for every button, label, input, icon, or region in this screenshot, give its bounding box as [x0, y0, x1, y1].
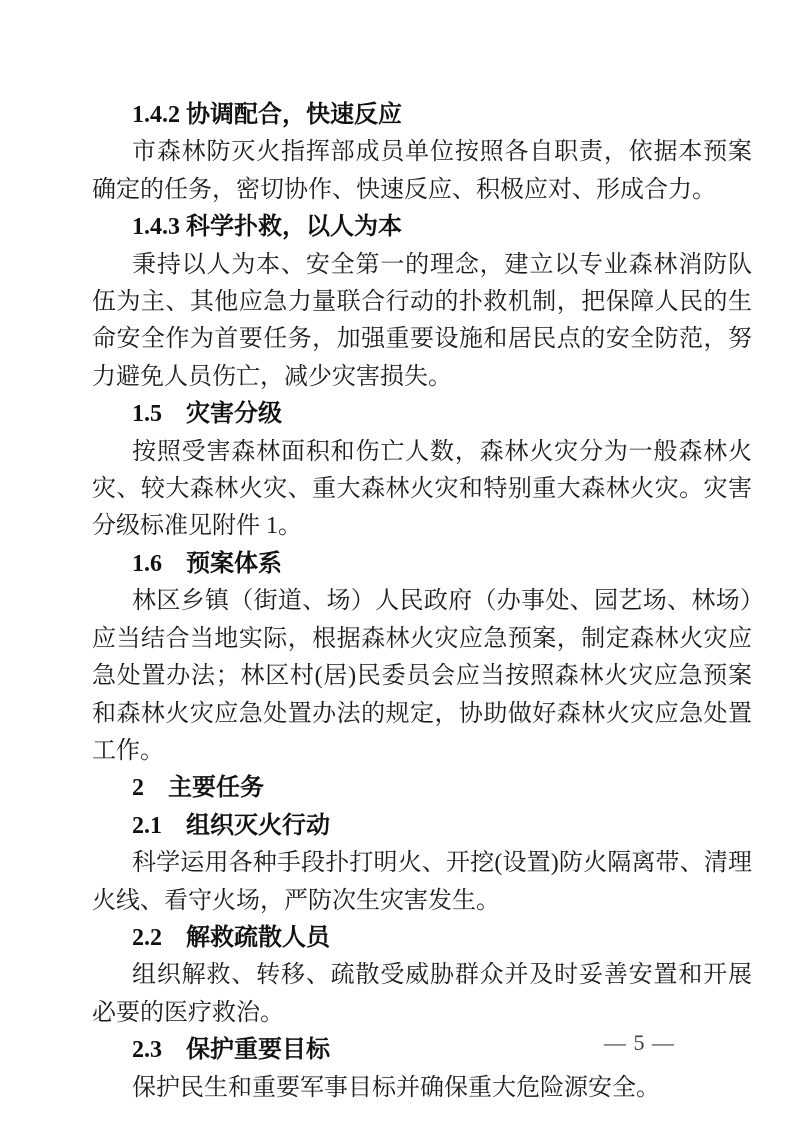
document-body: 1.4.2 协调配合，快速反应 市森林防灭火指挥部成员单位按照各自职责，依据本预…	[92, 97, 752, 1107]
heading-2-1: 2.1 组织灭火行动	[92, 808, 752, 845]
heading-1-4-2: 1.4.2 协调配合，快速反应	[92, 97, 752, 134]
paragraph-coordination: 市森林防灭火指挥部成员单位按照各自职责，依据本预案确定的任务，密切协作、快速反应…	[92, 134, 752, 209]
paragraph-disaster-grading: 按照受害森林面积和伤亡人数，森林火灾分为一般森林火灾、较大森林火灾、重大森林火灾…	[92, 434, 752, 546]
heading-1-5: 1.5 灾害分级	[92, 396, 752, 433]
page-number: — 5 —	[604, 1031, 675, 1055]
heading-1-6: 1.6 预案体系	[92, 546, 752, 583]
heading-1-4-3: 1.4.3 科学扑救，以人为本	[92, 209, 752, 246]
paragraph-plan-system: 林区乡镇（街道、场）人民政府（办事处、园艺场、林场）应当结合当地实际，根据森林火…	[92, 583, 752, 770]
paragraph-rescue-evacuate: 组织解救、转移、疏散受威胁群众并及时妥善安置和开展必要的医疗救治。	[92, 957, 752, 1032]
heading-2: 2 主要任务	[92, 770, 752, 807]
heading-2-2: 2.2 解救疏散人员	[92, 920, 752, 957]
document-page: 1.4.2 协调配合，快速反应 市森林防灭火指挥部成员单位按照各自职责，依据本预…	[0, 0, 793, 1122]
paragraph-firefighting: 科学运用各种手段扑打明火、开挖(设置)防火隔离带、清理火线、看守火场，严防次生灾…	[92, 845, 752, 920]
paragraph-protect-targets: 保护民生和重要军事目标并确保重大危险源安全。	[92, 1070, 752, 1107]
paragraph-people-first: 秉持以人为本、安全第一的理念，建立以专业森林消防队伍为主、其他应急力量联合行动的…	[92, 247, 752, 397]
